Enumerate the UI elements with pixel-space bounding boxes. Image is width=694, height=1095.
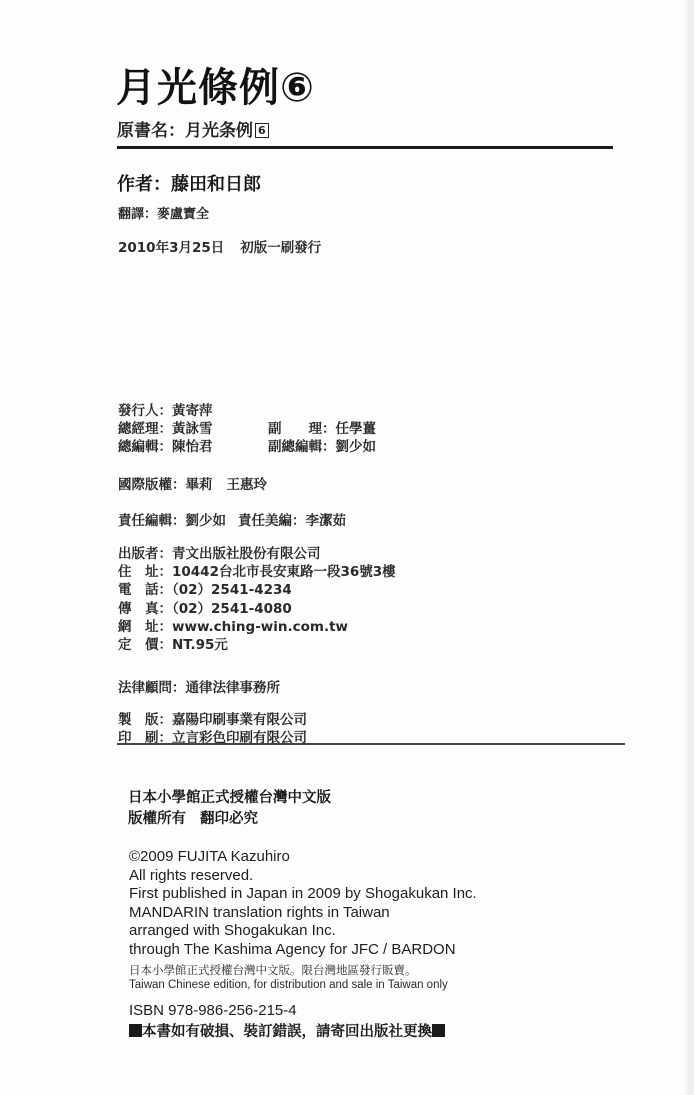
edition-notice-cn: 日本小學館正式授權台灣中文版。限台灣地區發行販賣。 — [129, 962, 417, 978]
copyright-line: First published in Japan in 2009 by Shog… — [129, 885, 477, 904]
original-title: 原書名：月光条例6 — [117, 116, 269, 141]
copyright-line: through The Kashima Agency for JFC / BAR… — [129, 941, 477, 960]
copyright-line: arranged with Shogakukan Inc. — [129, 922, 477, 941]
return-notice: 本書如有破損、裝訂錯誤，請寄回出版社更換 — [129, 1020, 445, 1041]
copyright-line: MANDARIN translation rights in Taiwan — [129, 904, 477, 923]
international-rights: 國際版權：畢莉王惠玲 — [118, 473, 267, 493]
no-reprint-text: 翻印必究 — [200, 810, 258, 827]
author: 作者：藤田和日郎 — [117, 170, 261, 196]
return-notice-text: 本書如有破損、裝訂錯誤，請寄回出版社更換 — [142, 1024, 432, 1040]
price: 定 價：NT.95元 — [118, 636, 396, 654]
publisher-website: 網 址：www.ching-win.com.tw — [118, 618, 396, 636]
page-edge-shadow — [684, 0, 694, 1095]
staff-row: 發行人：黃寄萍 — [118, 402, 376, 420]
printing-divider — [117, 743, 625, 745]
license-line: 日本小學館正式授權台灣中文版 — [128, 787, 331, 808]
staff-deputy-manager: 副 理：任學薑 — [268, 420, 376, 438]
staff-publisher: 發行人：黃寄萍 — [118, 402, 268, 420]
publisher-info: 出版者：青文出版社股份有限公司 住 址：10442台北市長安東路一段36號3樓 … — [118, 545, 396, 654]
book-title: 月光條例⑥ — [116, 56, 315, 113]
publisher-address: 住 址：10442台北市長安東路一段36號3樓 — [118, 563, 396, 581]
copyright-line: All rights reserved. — [129, 867, 477, 886]
responsible-editor: 責任編輯：劉少如 — [118, 513, 226, 529]
translator: 翻譯：麥盧寶全 — [118, 203, 209, 222]
title-divider — [117, 146, 613, 149]
rights-reserved-text: 版權所有 — [128, 810, 186, 827]
staff-deputy-chief-editor: 副總編輯：劉少如 — [268, 438, 376, 456]
staff-row: 總編輯：陳怡君 副總編輯：劉少如 — [118, 438, 376, 456]
staff-list: 發行人：黃寄萍 總經理：黃詠雪 副 理：任學薑 總編輯：陳怡君 副總編輯：劉少如 — [118, 402, 376, 456]
black-square-icon — [432, 1024, 445, 1037]
black-square-icon — [129, 1024, 142, 1037]
printing-info: 製 版：嘉陽印刷事業有限公司 印 刷：立言彩色印刷有限公司 — [118, 711, 307, 747]
plate-maker: 製 版：嘉陽印刷事業有限公司 — [118, 711, 307, 729]
intl-rights-second: 王惠玲 — [227, 477, 268, 493]
staff-row: 總經理：黃詠雪 副 理：任學薑 — [118, 420, 376, 438]
staff-general-manager: 總經理：黃詠雪 — [118, 420, 268, 438]
isbn: ISBN 978-986-256-215-4 — [129, 1002, 297, 1019]
responsible-editors: 責任編輯：劉少如責任美編：李潔茹 — [118, 509, 346, 529]
rights-reserved-cn: 版權所有翻印必究 — [128, 808, 331, 829]
copyright-en: ©2009 FUJITA Kazuhiro All rights reserve… — [129, 848, 477, 960]
staff-chief-editor: 總編輯：陳怡君 — [118, 438, 268, 456]
publication-date: 2010年3月25日初版一刷發行 — [118, 236, 321, 256]
volume-number-box: 6 — [255, 123, 269, 138]
edition-notice-en: Taiwan Chinese edition, for distribution… — [129, 979, 448, 991]
edition-text: 初版一刷發行 — [240, 240, 321, 256]
publisher-phone: 電 話：（02）2541-4234 — [118, 581, 396, 599]
responsible-art-editor: 責任美編：李潔茹 — [238, 513, 346, 529]
publisher-name: 出版者：青文出版社股份有限公司 — [118, 545, 396, 563]
license-statement-cn: 日本小學館正式授權台灣中文版 版權所有翻印必究 — [128, 787, 331, 829]
date-text: 2010年3月25日 — [118, 240, 224, 256]
publisher-fax: 傳 真：（02）2541-4080 — [118, 600, 396, 618]
original-title-label: 原書名：月光条例 — [117, 121, 253, 141]
intl-rights-label: 國際版權：畢莉 — [118, 477, 213, 493]
copyright-line: ©2009 FUJITA Kazuhiro — [129, 848, 477, 867]
legal-counsel: 法律顧問：通律法律事務所 — [118, 676, 280, 696]
